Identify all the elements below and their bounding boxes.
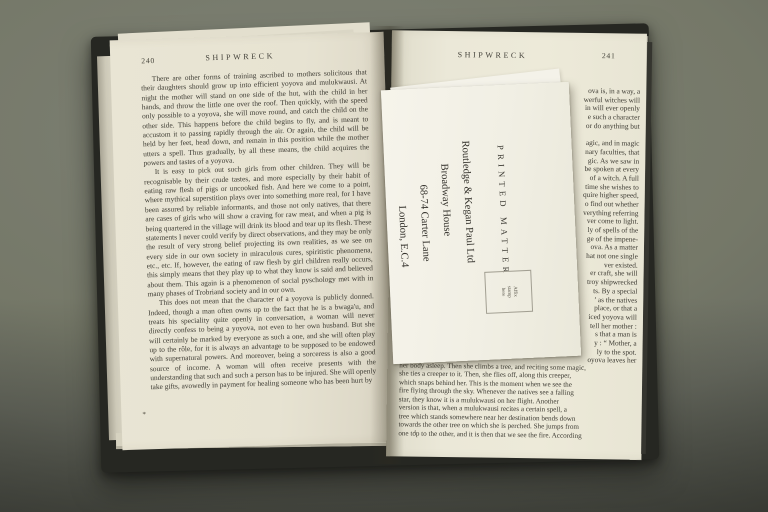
stamp-box-text: Affix xyxy=(511,286,517,297)
signature-mark: 4 xyxy=(413,430,416,436)
stamp-box-text: stamp xyxy=(505,286,512,298)
right-page-bottom-lines: her body asleep. Then she climbs a tree,… xyxy=(398,361,638,440)
photo-open-book: 240 SHIPWRECK There are other forms of t… xyxy=(0,0,768,512)
card-rotated-content: PRINTED MATTER Routledge & Kegan Paul Lt… xyxy=(381,82,581,364)
card-header: PRINTED MATTER xyxy=(495,145,511,277)
left-page-text: There are other forms of training ascrib… xyxy=(141,67,377,392)
paragraph: This does not mean that the character of… xyxy=(148,291,377,391)
stamp-box-text: here xyxy=(499,288,505,297)
card-address-line: Broadway House xyxy=(438,163,452,236)
card-address-line: London, E.C.4 xyxy=(396,205,410,267)
card-address-line: Routledge & Kegan Paul Ltd xyxy=(459,140,476,263)
margin-speck: * xyxy=(142,410,146,418)
card-address-line: 68-74 Carter Lane xyxy=(417,184,431,261)
affix-stamp-box: Affix stamp here xyxy=(484,270,533,314)
paragraph: There are other forms of training ascrib… xyxy=(141,67,370,167)
running-header-right: SHIPWRECK xyxy=(458,50,528,60)
running-header-left: SHIPWRECK xyxy=(110,48,370,65)
printed-matter-card: PRINTED MATTER Routledge & Kegan Paul Lt… xyxy=(381,82,581,364)
paragraph: It is easy to pick out such girls from o… xyxy=(144,161,374,299)
left-page: 240 SHIPWRECK There are other forms of t… xyxy=(110,32,397,450)
page-number-right: 241 xyxy=(602,51,616,60)
